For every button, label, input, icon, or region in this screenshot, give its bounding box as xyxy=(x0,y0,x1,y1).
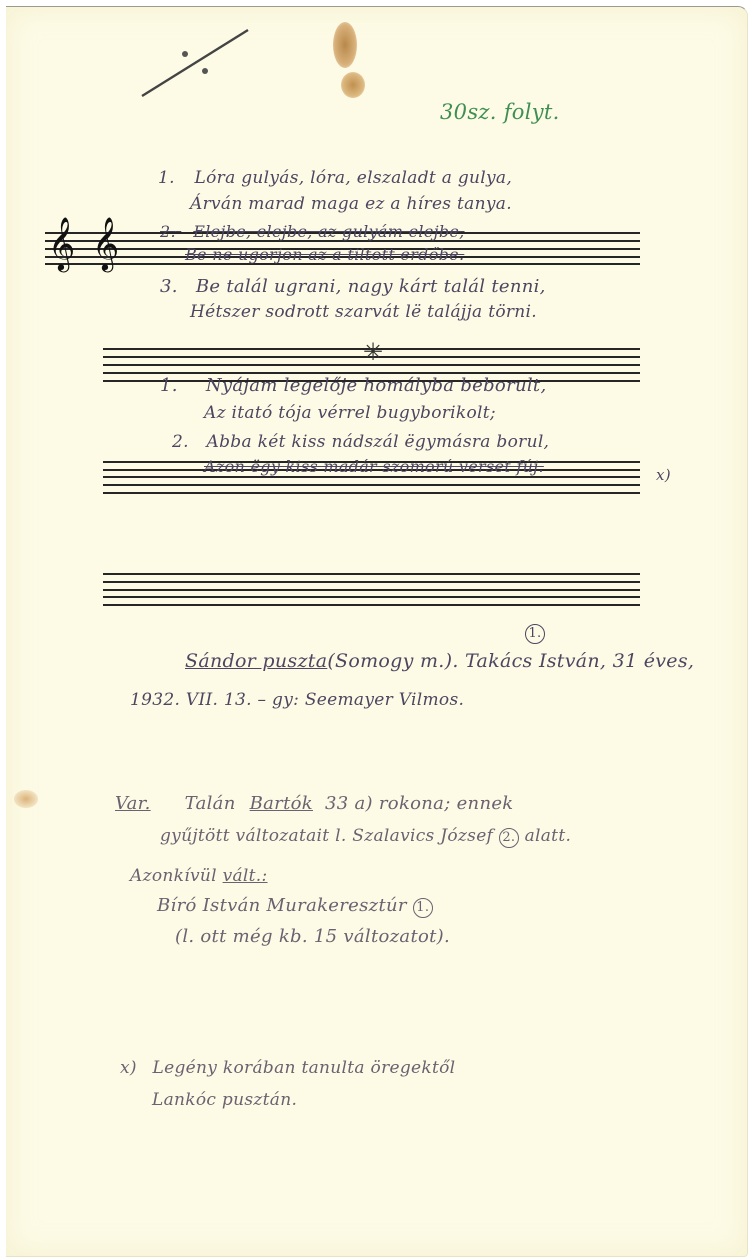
lyric-line-struck: Be ne ugorjon az a tiltott erdőbe. xyxy=(185,245,464,264)
place-name: Sándor puszta xyxy=(185,650,327,672)
lyric-line-struck: 2. Elejbe, elejbe, az gulyám elejbe, xyxy=(160,222,465,241)
variants-label: Var. xyxy=(115,793,151,814)
lyric-line: 3. Be talál ugrani, nagy kárt talál tenn… xyxy=(160,276,546,297)
footnote-reference: x) xyxy=(656,466,671,484)
continuation-note: 30sz. folyt. xyxy=(440,100,560,124)
music-staff-4 xyxy=(103,573,640,605)
variants-line: Var. Talán Bartók 33 a) rokona; ennek xyxy=(115,793,514,814)
lyric-line: 1. Lóra gulyás, lóra, elszaladt a gulya, xyxy=(158,168,512,188)
singer-name: Takács István, 31 éves, xyxy=(465,650,694,672)
variants-line: Bíró István Murakeresztúr 1. xyxy=(157,895,433,918)
footnote-line: x) Legény korában tanulta öregektől xyxy=(120,1058,455,1078)
treble-clef-icon: 𝄞 xyxy=(48,220,75,266)
lyric-line-struck: Azon ëgy kiss madár szomorú verset fúj. xyxy=(204,457,544,476)
source-line: Sándor puszta(Somogy m.). Takács István,… xyxy=(185,650,694,672)
rust-stain-left xyxy=(14,790,38,808)
county: (Somogy m.). xyxy=(327,650,458,672)
rust-stain-top xyxy=(333,22,357,68)
lyric-line: 1. Nyájam legelője homályba beborult, xyxy=(160,375,546,396)
date-collector-line: 1932. VII. 13. – gy: Seemayer Vilmos. xyxy=(130,690,464,710)
footnote-line: Lankóc pusztán. xyxy=(152,1090,297,1110)
lyric-line: Az itató tója vérrel bugyborikolt; xyxy=(204,403,496,423)
rust-stain-top-lower xyxy=(341,72,365,98)
variants-line: (l. ott még kb. 15 változatot). xyxy=(175,926,450,947)
treble-clef-icon: 𝄞 xyxy=(92,220,119,266)
singer-index-circled: 1. xyxy=(525,624,545,644)
lyric-line: Hétszer sodrott szarvát lë talájja törni… xyxy=(190,302,537,322)
simile-mark-icon xyxy=(138,26,253,101)
variants-line: Azonkívül vált.: xyxy=(130,866,268,886)
asterisk-marker-icon: ✳ xyxy=(363,338,383,366)
lyric-line: 2. Abba két kiss nádszál ëgymásra borul, xyxy=(172,432,549,452)
variants-line: gyűjtött változatait l. Szalavics József… xyxy=(160,826,571,848)
lyric-line: Árván marad maga ez a híres tanya. xyxy=(190,194,512,214)
